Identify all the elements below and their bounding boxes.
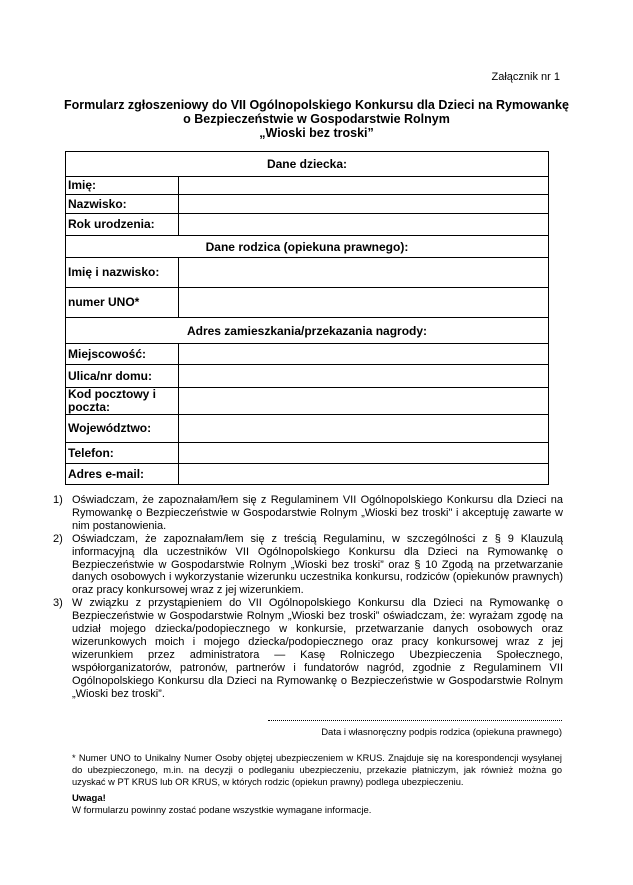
declaration-number: 2): [53, 533, 63, 546]
field-row: Ulica/nr domu:: [66, 365, 549, 388]
parent-uno-input[interactable]: [179, 288, 549, 318]
section-parent-header: Dane rodzica (opiekuna prawnego):: [66, 236, 549, 258]
field-row: Nazwisko:: [66, 195, 549, 214]
city-input[interactable]: [179, 344, 549, 365]
section-address-header: Adres zamieszkania/przekazania nagrody:: [66, 318, 549, 344]
uno-footnote: * Numer UNO to Unikalny Numer Osoby obję…: [72, 752, 562, 788]
field-row: Adres e-mail:: [66, 464, 549, 485]
field-label-voivodeship: Województwo:: [66, 415, 179, 443]
field-row: Imię i nazwisko:: [66, 258, 549, 288]
section-address-row: Adres zamieszkania/przekazania nagrody:: [66, 318, 549, 344]
street-input[interactable]: [179, 365, 549, 388]
field-label-city: Miejscowość:: [66, 344, 179, 365]
field-row: Kod pocztowy i poczta:: [66, 388, 549, 415]
field-label-first-name: Imię:: [66, 177, 179, 195]
declaration-text: W związku z przystąpieniem do VII Ogólno…: [72, 597, 563, 699]
field-row: numer UNO*: [66, 288, 549, 318]
section-parent-row: Dane rodzica (opiekuna prawnego):: [66, 236, 549, 258]
field-label-email: Adres e-mail:: [66, 464, 179, 485]
declaration-number: 1): [53, 494, 63, 507]
phone-input[interactable]: [179, 443, 549, 464]
declaration-item: 1) Oświadczam, że zapoznałam/łem się z R…: [53, 494, 563, 533]
field-row: Telefon:: [66, 443, 549, 464]
child-last-name-input[interactable]: [179, 195, 549, 214]
field-label-birth-year: Rok urodzenia:: [66, 214, 179, 236]
field-label-postal: Kod pocztowy i poczta:: [66, 388, 179, 415]
declarations-list: 1) Oświadczam, że zapoznałam/łem się z R…: [53, 494, 563, 701]
declaration-text: Oświadczam, że zapoznałam/łem się z Regu…: [72, 494, 563, 532]
registration-form-table: Dane dziecka: Imię: Nazwisko: Rok urodze…: [65, 151, 549, 485]
field-label-uno: numer UNO*: [66, 288, 179, 318]
declaration-item: 3) W związku z przystąpieniem do VII Ogó…: [53, 597, 563, 700]
field-label-street: Ulica/nr domu:: [66, 365, 179, 388]
signature-caption: Data i własnoręczny podpis rodzica (opie…: [321, 727, 562, 738]
attachment-label: Załącznik nr 1: [492, 71, 560, 83]
field-label-phone: Telefon:: [66, 443, 179, 464]
field-label-last-name: Nazwisko:: [66, 195, 179, 214]
postal-input[interactable]: [179, 388, 549, 415]
child-birth-year-input[interactable]: [179, 214, 549, 236]
section-child-row: Dane dziecka:: [66, 152, 549, 177]
field-label-parent-name: Imię i nazwisko:: [66, 258, 179, 288]
declaration-text: Oświadczam, że zapoznałam/łem się z treś…: [72, 533, 563, 597]
title-line-1: Formularz zgłoszeniowy do VII Ogólnopols…: [0, 98, 633, 112]
parent-name-input[interactable]: [179, 258, 549, 288]
field-row: Miejscowość:: [66, 344, 549, 365]
field-row: Rok urodzenia:: [66, 214, 549, 236]
warning-text: W formularzu powinny zostać podane wszys…: [72, 805, 371, 816]
declaration-number: 3): [53, 597, 63, 610]
declaration-item: 2) Oświadczam, że zapoznałam/łem się z t…: [53, 533, 563, 598]
email-input[interactable]: [179, 464, 549, 485]
field-row: Imię:: [66, 177, 549, 195]
child-first-name-input[interactable]: [179, 177, 549, 195]
signature-line[interactable]: [268, 716, 562, 721]
warning-heading: Uwaga!: [72, 793, 106, 804]
section-child-header: Dane dziecka:: [66, 152, 549, 177]
form-title: Formularz zgłoszeniowy do VII Ogólnopols…: [0, 98, 633, 140]
field-row: Województwo:: [66, 415, 549, 443]
title-line-3: „Wioski bez troski”: [0, 126, 633, 140]
voivodeship-input[interactable]: [179, 415, 549, 443]
title-line-2: o Bezpieczeństwie w Gospodarstwie Rolnym: [0, 112, 633, 126]
